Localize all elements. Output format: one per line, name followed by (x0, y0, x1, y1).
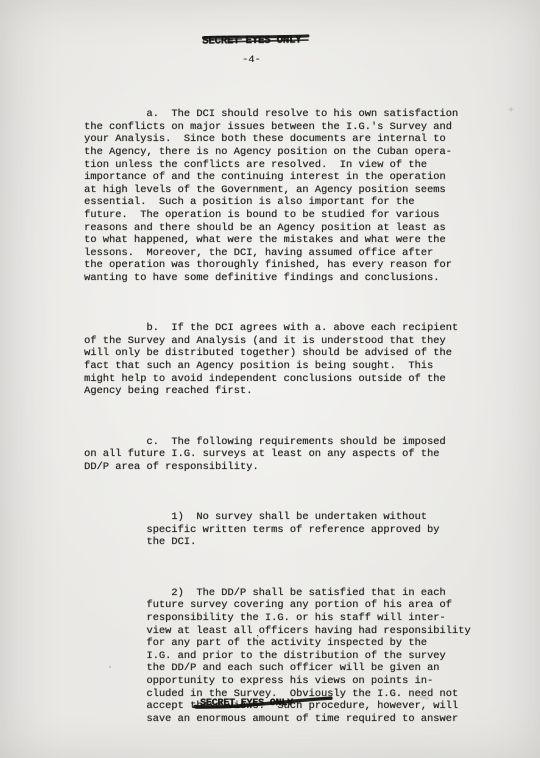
paragraph-c: c. The following requirements should be … (84, 436, 471, 474)
page-number: -4- (242, 54, 261, 66)
document-page: SECRET EYES ONLY -4- a. The DCI should r… (0, 0, 540, 758)
sub-item-1: 1) No survey shall be undertaken without… (84, 511, 471, 549)
strikethrough-mark-bottom (193, 693, 333, 713)
strikethrough-mark-top (202, 29, 310, 45)
paragraph-b: b. If the DCI agrees with a. above each … (84, 322, 471, 398)
document-body: a. The DCI should resolve to his own sat… (84, 83, 471, 750)
paragraph-a: a. The DCI should resolve to his own sat… (84, 108, 471, 284)
classification-stamp-top: SECRET EYES ONLY (202, 29, 310, 45)
classification-stamp-bottom: SECRET EYES ONLY (193, 693, 333, 713)
scan-artifact: + (508, 106, 514, 117)
